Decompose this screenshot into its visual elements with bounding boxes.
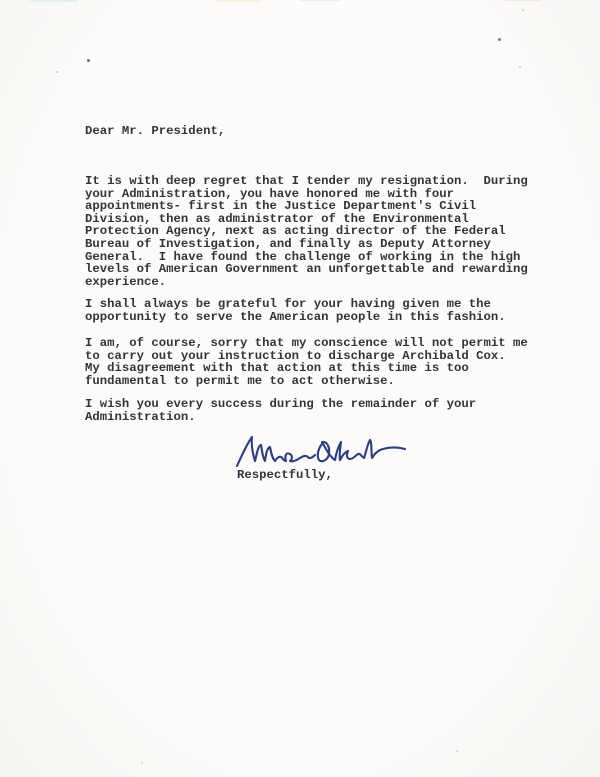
paragraph-grateful: I shall always be grateful for your havi… <box>85 298 506 323</box>
closing: Respectfully, <box>237 469 333 482</box>
scan-edge-artifact <box>300 0 340 1</box>
salutation: Dear Mr. President, <box>85 125 225 138</box>
scan-edge-artifact <box>505 0 540 1</box>
scan-speck <box>498 38 501 41</box>
scan-speck <box>519 66 521 68</box>
paragraph-conscience: I am, of course, sorry that my conscienc… <box>85 337 528 387</box>
paragraph-resignation: It is with deep regret that I tender my … <box>85 175 528 288</box>
signature-handwriting <box>232 429 410 471</box>
scan-speck <box>522 9 524 11</box>
scan-speck <box>141 762 143 764</box>
scan-speck <box>87 59 90 62</box>
scan-speck <box>456 750 458 752</box>
scan-edge-artifact <box>30 0 78 2</box>
letter-page: Dear Mr. President, It is with deep regr… <box>0 0 600 777</box>
paragraph-success: I wish you every success during the rema… <box>85 398 476 423</box>
scan-speck <box>56 71 58 73</box>
scan-edge-artifact <box>215 0 262 2</box>
